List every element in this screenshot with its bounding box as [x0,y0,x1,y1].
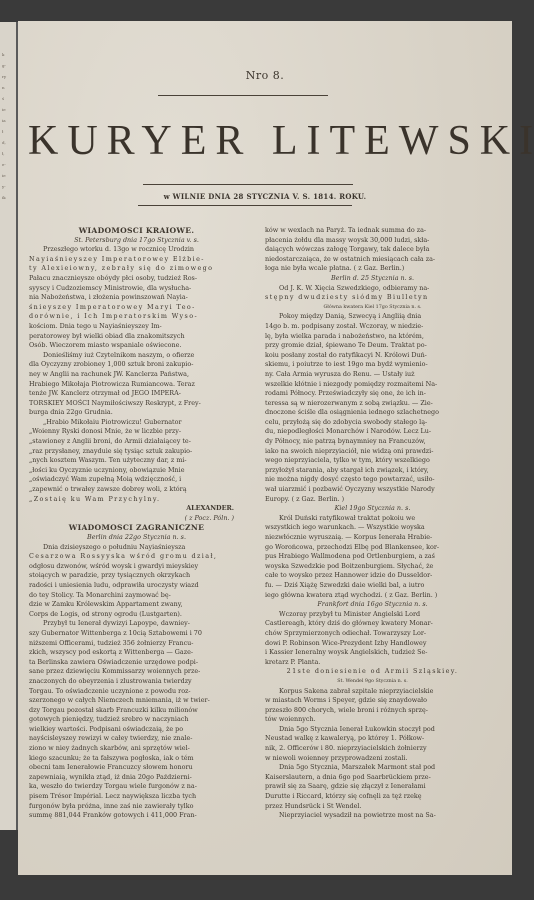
text-line: wielkiey wartości. Podpisani oświadczaią… [29,725,244,735]
adjacent-page-text: ie [2,107,6,113]
text-line: stoiących w paradzie, przy tysiącznych o… [29,571,244,581]
divider-rule [138,205,352,206]
text-line: ALEXANDER. [29,504,244,514]
text-line: szy Gubernator Wittenberga z 10cią Sztab… [29,629,244,639]
text-line: wszelkie kłótnie i niezgody pomiędzy roz… [265,380,480,390]
text-line: tenże JW. Kanclerz otrzymał od JEGO IMPE… [29,389,244,399]
text-line: ty Alexieiowny, zebrały się do zimowego [29,264,244,274]
text-line: całe to woysko przez Hannower idzie do D… [265,571,480,581]
text-line: dzy Torgau pozostał skarb Francuzki kilk… [29,706,244,716]
text-line: St. Wendel 9go Stycznia n. s. [265,677,480,687]
adjacent-page-text: k [2,52,4,58]
text-line: Neustad walkę z kawaleryą, po którey 1. … [265,734,480,744]
text-line: iego główna kwatera ztąd wychodzi. ( z G… [265,591,480,601]
text-line: Dnia 5go Stycznia Ienerał Łukowkin stocz… [265,725,480,735]
text-line: Dnia dzisieyszego o południu Nayiaśnieys… [29,543,244,553]
text-line: śnieyszey Imperatorowey Maryi Teo- [29,303,244,313]
text-line: Od J. K. W. Xięcia Szwedzkiego, odbieram… [265,284,480,294]
text-line: nia Nabożeństwa, i złożenia powinszowań … [29,293,244,303]
text-line: ziono w niey żadnych skarbów, ani sprzęt… [29,744,244,754]
text-line: ( z Pocz. Póln. ) [29,514,244,524]
text-line: zapewniaią, wynikła ztąd, iż dnia 20go P… [29,773,244,783]
text-line: zkich, wszyscy pod eskortą z Wittenberga… [29,648,244,658]
text-line: woyska Szwedzkie pod Boitzenburgiem. Sły… [265,562,480,572]
text-line: summę 881,044 Franków gotowych i 411,000… [29,811,244,821]
text-line: w miastach Worms i Speyer, gdzie się zna… [265,696,480,706]
text-line: syyscy i Cudzoziemscy Ministrowie, dla w… [29,284,244,294]
text-line: „raz przysłaney, znayduie się tysiąc szt… [29,447,244,457]
text-line: daiących wówczas załogę Torgawy, tak dal… [265,245,480,255]
text-line: chów Sprzymierzonych odiechał. Towarzysz… [265,629,480,639]
text-line: „nych kosztem Waszym. Ten użyteczny dar,… [29,456,244,466]
newspaper-page: Nro 8. KURYER LITEWSKI w WILNIE DNIA 28 … [18,21,512,875]
text-line: „stawioney z Anglii broni, do Armii dzia… [29,437,244,447]
text-line: rodami Północy. Przeświadczyły się one, … [265,389,480,399]
text-line: Pałacu znacznieysze obóydy płci osoby, t… [29,274,244,284]
text-line: Pokoy między Danią, Szwecyą i Angliią dn… [265,312,480,322]
adjacent-page-text: e- [2,162,6,168]
text-line: ków w wexlach na Paryż. Ta iednak summa … [265,226,480,236]
text-line: obecni tam Ienerałowie Francuzcy słowem … [29,763,244,773]
text-line: lę, była wielka parada i nabożeństwo, na… [265,332,480,342]
text-line: przy gromie dział, śpiewano Te Deum. Tra… [265,341,480,351]
text-line: iako na swoich nieprzyiaciół, nie widzą … [265,447,480,457]
text-line: radości i uniesienia ludu, odprawiła uro… [29,581,244,591]
text-line: go Worońcowa, przechodzi Elbę pod Blanke… [265,543,480,553]
text-line: Osób. Wieczorem miasto wspaniale oświeco… [29,341,244,351]
issue-number: Nro 8. [18,69,512,82]
text-line: koiu posłany został do ratyfikacyi N. Kr… [265,351,480,361]
masthead-title: KURYER LITEWSKI [28,117,488,165]
text-line: w niewoli woienney przyprowadzeni zostal… [265,754,480,764]
left-column: WIADOMOSCI KRAIOWE.St. Petersburg dnia 1… [29,226,244,821]
divider-rule [143,184,353,185]
text-line: i Kassier Ieneralny woysk Angielskich, t… [265,648,480,658]
adjacent-page-text: g- [2,63,6,69]
text-line: Główna kwatera Kiel 17go Stycznia n. s. [265,303,480,313]
text-line: „oświadczyć Wam zupełną Moią wdzięczność… [29,475,244,485]
text-line: „Hrabio Mikołaiu Piotrowiczu! Gubernator [29,418,244,428]
text-line: TORSKIEY MOŚCI Naymiłościwszy Reskrypt, … [29,399,244,409]
text-line: fu. — Dziś Xiążę Szwedzki daie wielki ba… [265,581,480,591]
adjacent-page-text: ś [2,96,4,102]
text-line: Europy. ( z Gaz. Berlin. ) [265,495,480,505]
text-line: „zapewnić o trwałey zawsze dobrey woli, … [29,485,244,495]
text-line: łoga nie była wcale płatna. ( z Gaz. Ber… [265,264,480,274]
text-line: wego nieprzyiaciela, tylko w tym, który … [265,456,480,466]
dateline-subheading: Frankfort dnia 16go Stycznia n. s. [265,600,480,610]
text-line: du, niepodległości Monarchów i Narodów. … [265,427,480,437]
text-line: Durutte i Riccard, którzy się cofnęli za… [265,792,480,802]
adjacent-page-text: y- [2,184,6,190]
text-line: Castlereagh, który dziś do główney kwate… [265,619,480,629]
text-line: Torgau. To oświadczenie uczynione z powo… [29,687,244,697]
text-line: kretarz P. Planta. [265,658,480,668]
section-heading: WIADOMOSCI ZAGRANICZNE [29,523,244,533]
adjacent-page-text: ia [2,118,6,124]
text-line: „Zostaię ku Wam Przychylny. [29,495,244,505]
text-line: przyłożył starania, aby stargał ich zwią… [265,466,480,476]
text-line: nie można nigdy dosyć często tego powtar… [265,475,480,485]
text-line: sane przez dziewięciu Kommissarzy woienn… [29,667,244,677]
dateline-subheading: Berlin d. 25 Stycznia n. s. [265,274,480,284]
text-line: Król Duński ratyfikował traktat pokoiu w… [265,514,480,524]
text-line: dzie w Zamku Królewskim Appartament zwan… [29,600,244,610]
text-line: furgonów była próżna, inne zaś nie zawie… [29,802,244,812]
text-line: pus Hrabiego Wallmodena pod Ortlenburgie… [265,552,480,562]
text-line: kiego szacunku; że ta fałszywa pogłoska,… [29,754,244,764]
text-line: znaczonych do obeyrzenia i zlustrowania … [29,677,244,687]
adjacent-page-text: ł, [2,151,5,157]
text-line: Nayiaśnieyszey Imperatorowey Elżbie- [29,255,244,265]
text-line: Kaiserslautern, a dnia 6go pod Saarbrück… [265,773,480,783]
text-line: Cesarzowa Rossyyska wśród gromu dział, [29,552,244,562]
text-line: Wczoray przybył tu Minister Angielski Lo… [265,610,480,620]
text-line: do tey Stolicy. Ta Monarchini zaymować b… [29,591,244,601]
text-line: Przybył tu Ienerał dywizyi Lapoype, dawn… [29,619,244,629]
adjacent-page-edge: kg-rynśieiałd,ł,e-iey-ik [0,22,18,830]
text-line: dy Północy, nie patrzą bynaymniey na Fra… [265,437,480,447]
text-line: odgłosu dzwonów, wśród woysk i gwardyi m… [29,562,244,572]
text-line: kościom. Dnia tego u Nayiaśnieyszey Im- [29,322,244,332]
text-line: prawił się za Saarę, gdzie się złączył z… [265,782,480,792]
dateline-subheading: Kiel 19go Stycznia n. s. [265,504,480,514]
text-line: stępny dwudziesty siódmy Biulletyn [265,293,480,303]
text-line: Przeszłego wtorku d. 13go w rocznicę Uro… [29,245,244,255]
text-line: niższemi Officerami, tudzież 356 żołnier… [29,639,244,649]
text-line: Hrabiego Mikołaja Piotrowicza Rumiancowa… [29,380,244,390]
text-line: celu, przyłożą się do zdobycia swobody s… [265,418,480,428]
text-line: dorównie, i Ich Imperatorskim Wyso- [29,312,244,322]
text-line: „Woienny Ryski donosi Mnie, że w liczbie… [29,427,244,437]
text-line: teressa są w nierozerwanym z sobą związk… [265,399,480,409]
adjacent-page-text: ik [2,195,6,201]
text-line: ka, weszło do twierdzy Torgau wiele furg… [29,782,244,792]
dateline-subheading: St. Petersburg dnia 17go Stycznia v. s. [29,236,244,246]
text-line: tów woiennych. [265,715,480,725]
dateline-subheading: Berlin dnia 22go Stycznia n. s. [29,533,244,543]
section-heading: WIADOMOSCI KRAIOWE. [29,226,244,236]
dateline: w WILNIE DNIA 28 STYCZNIA V. S. 1814. RO… [18,192,512,201]
text-line: niedostarczaiąca, że w ostatnich miesiąc… [265,255,480,265]
text-line: 21ste doniesienie od Armii Szląskiey. [265,667,480,677]
text-line: burga dnia 22go Grudnia. [29,408,244,418]
text-line: dnoczone ściśle dla osiągnienia iednego … [265,408,480,418]
text-line: dla Oyczyzny zrobioney 1,000 sztuk broni… [29,360,244,370]
text-line: peratorowey był wielki obiad dla znakomi… [29,332,244,342]
text-line: Dnia 5go Stycznia, Marszałek Marmont sta… [265,763,480,773]
adjacent-page-text: n [2,85,5,91]
text-line: nayścisleyszey rewizyi w całey twierdzy,… [29,734,244,744]
text-line: Korpus Sakena zabrał szpitale nieprzyiac… [265,687,480,697]
text-line: gotowych pieniędzy, tudzież srebro w nac… [29,715,244,725]
text-line: wszystkich iego warunkach. — Wszystkie w… [265,523,480,533]
text-line: płacenia żołdu dla massy woysk 30,000 lu… [265,236,480,246]
text-line: nik, 2. Officerów i 80. nieprzyiacielski… [265,744,480,754]
text-line: pisem Trésor Impérial. Lecz naywiększa l… [29,792,244,802]
text-line: „łości ku Oyczyznie uczyniony, obowiązui… [29,466,244,476]
adjacent-page-text: ry [2,74,6,80]
text-line: ta Berlinska zawiera Oświadczenie urzędo… [29,658,244,668]
text-line: niezwłócznie wyruszaią. — Korpus Ienerał… [265,533,480,543]
text-line: skiemu, i poiutrze to iest 19go ma bydź … [265,360,480,370]
divider-rule [158,95,328,96]
text-line: dowi P. Robinson Wice-Prezydent Izby Han… [265,639,480,649]
adjacent-page-text: ie [2,173,6,179]
adjacent-page-text: d, [2,140,6,146]
right-column: ków w wexlach na Paryż. Ta iednak summa … [265,226,480,821]
text-line: Nieprzyiaciel wysadził na powietrze most… [265,811,480,821]
text-line: Corps de Logis, od strony ogrodu (Lustga… [29,610,244,620]
text-line: wał uiarzmić i pozbawić Oyczyzny wszystk… [265,485,480,495]
text-line: ney w Anglii na rachunek JW. Kanclerza P… [29,370,244,380]
adjacent-page-text: ł [2,129,3,135]
text-line: przeszło 800 chorych, wiele broni i różn… [265,706,480,716]
text-line: 14go b. m. podpisany został. Wczoray, w … [265,322,480,332]
text-line: szerzonego w całych Niemczech mniemania,… [29,696,244,706]
text-line: ny. Cała Armia wyrusza do Renu. — Ustały… [265,370,480,380]
text-line: przez Hundsrück i St Wendel. [265,802,480,812]
text-line: Donieśliśmy iuż Czytelnikom naszym, o of… [29,351,244,361]
